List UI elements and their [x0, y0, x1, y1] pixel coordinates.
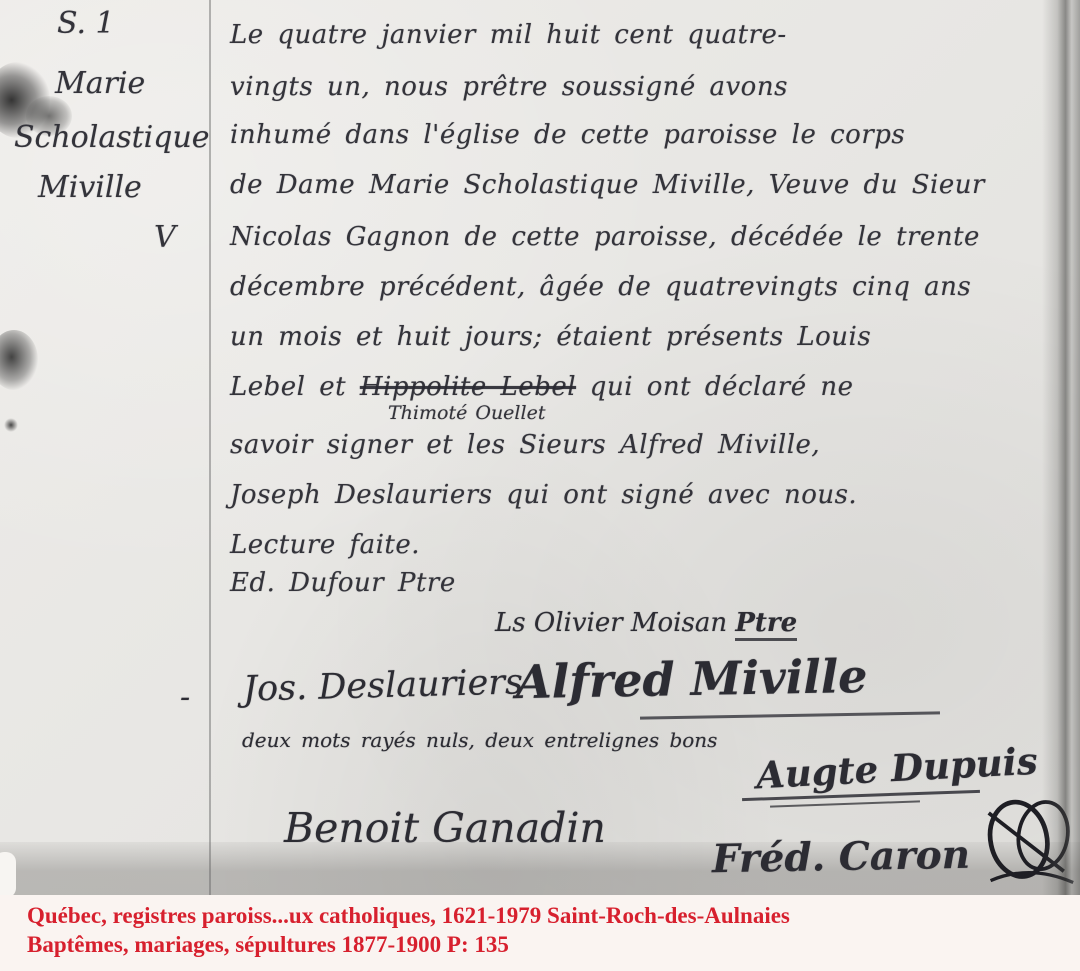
margin-name-line: Marie: [55, 66, 145, 101]
archival-record-viewer: S. 1 Marie Scholastique Miville V Le qua…: [0, 0, 1080, 971]
struck-out-words: Hippolite Lebel: [360, 372, 576, 402]
amended-line-post: qui ont déclaré ne: [576, 372, 853, 402]
margin-entry-number: S. 1: [57, 6, 115, 41]
signature-dupuis: Augte Dupuis: [755, 739, 1039, 798]
caption-bar: Québec, registres paroiss...ux catholiqu…: [0, 895, 1080, 971]
signature-underline: [640, 711, 940, 719]
amended-line-pre: Lebel et: [230, 372, 360, 402]
record-line: Lecture faite.: [230, 530, 420, 560]
margin-name-line: Miville: [38, 170, 142, 205]
scanned-register-page: S. 1 Marie Scholastique Miville V Le qua…: [0, 0, 1080, 895]
signature-underline: [770, 800, 920, 807]
margin-check-mark: V: [154, 220, 176, 255]
clerk-correction-note: deux mots rayés nuls, deux entrelignes b…: [242, 728, 717, 752]
record-line: vingts un, nous prêtre soussigné avons: [230, 72, 788, 102]
ink-blot: [0, 330, 38, 390]
burial-record-text: Le quatre janvier mil huit cent quatre- …: [0, 0, 1080, 30]
record-line: inhumé dans l'église de cette paroisse l…: [230, 120, 905, 150]
record-line-with-correction: Lebel et Hippolite Lebel qui ont déclaré…: [230, 372, 1080, 402]
signature-benoit: Benoit Ganadin: [284, 804, 606, 852]
signature-deslauriers: Jos. Deslauriers: [243, 662, 524, 709]
record-line: de Dame Marie Scholastique Miville, Veuv…: [230, 170, 985, 200]
page-binding-edge: [1042, 0, 1080, 895]
interlinear-insertion: Thimoté Ouellet: [388, 402, 545, 424]
signature-moisan-name: Ls Olivier Moisan: [495, 608, 727, 638]
margin-rule-line: [209, 0, 211, 895]
signature-moisan-title: Ptre: [735, 608, 797, 641]
ink-spot: [4, 418, 18, 432]
signature-miville: Alfred Miville: [516, 649, 868, 709]
record-line: Nicolas Gagnon de cette paroisse, décédé…: [230, 222, 980, 252]
record-line: Joseph Deslauriers qui ont signé avec no…: [230, 480, 857, 510]
caption-volume-page: Baptêmes, mariages, sépultures 1877-1900…: [27, 932, 509, 958]
signature-caron: Fréd. Caron: [712, 832, 971, 882]
margin-dash-mark: -: [180, 680, 190, 715]
margin-name-line: Scholastique: [14, 120, 210, 155]
record-line: décembre précédent, âgée de quatrevingts…: [230, 272, 971, 302]
record-line: un mois et huit jours; étaient présents …: [230, 322, 871, 352]
signature-moisan: Ls Olivier Moisan Ptre: [495, 608, 797, 638]
priest-signature-dufour: Ed. Dufour Ptre: [230, 568, 456, 598]
record-line: Le quatre janvier mil huit cent quatre-: [230, 20, 787, 50]
scan-corner-notch: [0, 852, 16, 898]
caption-collection-title: Québec, registres paroiss...ux catholiqu…: [27, 903, 790, 929]
record-line: savoir signer et les Sieurs Alfred Mivil…: [230, 430, 820, 460]
